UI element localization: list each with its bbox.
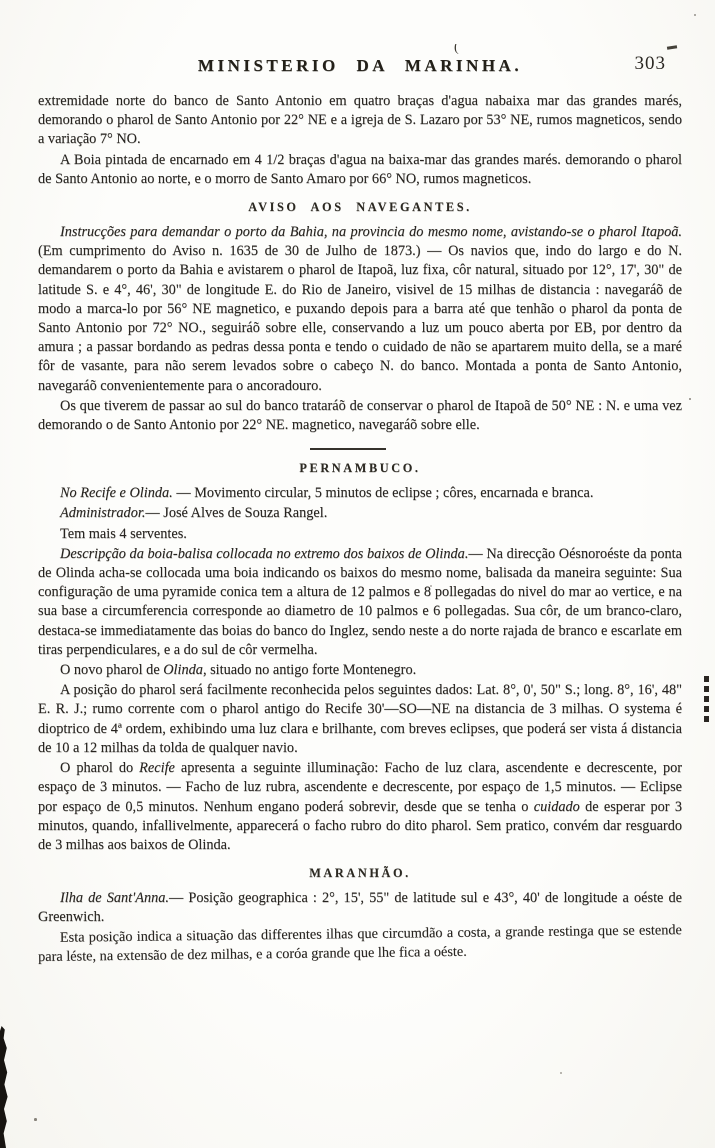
paragraph: A posição do pharol será facilmente reco…: [38, 681, 682, 758]
italic-text-segment: Ilha de Sant'Anna.: [60, 890, 169, 906]
paragraph: Administrador.— José Alves de Souza Rang…: [38, 504, 682, 523]
paragraph: Esta posição indica a situação das diffe…: [38, 921, 682, 967]
text-segment: O pharol do: [60, 760, 139, 776]
italic-text-segment: Instrucções para demandar o porto da Bah…: [60, 224, 682, 240]
stray-paren-mark: (: [454, 44, 459, 56]
paragraph: Descripção da boia-balisa collocada no e…: [38, 545, 682, 660]
italic-text-segment: Administrador.: [60, 505, 145, 521]
scan-artifact-speck: [34, 1118, 37, 1121]
paragraph: O pharol do Recife apresenta a seguinte …: [38, 759, 682, 855]
body-copy: extremidade norte do banco de Santo Anto…: [38, 92, 682, 967]
paragraph: A Boia pintada de encarnado em 4 1/2 bra…: [38, 151, 682, 189]
italic-text-segment: Olinda: [163, 662, 203, 678]
italic-text-segment: No Recife e Olinda.: [60, 485, 173, 501]
section-heading-aviso: AVISO AOS NAVEGANTES.: [38, 200, 682, 215]
text-segment: — Na direcção Oésnoroéste da ponta de Ol…: [38, 546, 682, 658]
page-title: MINISTERIO DA MARINHA.: [38, 56, 682, 76]
text-segment: , situado no antigo forte Montenegro.: [203, 662, 416, 678]
scan-artifact-edge-dash: [704, 676, 709, 722]
section-heading-maranhao: MARANHÃO.: [38, 866, 682, 881]
text-segment: O novo pharol de: [60, 662, 163, 678]
text-segment: — Movimento circular, 5 minutos de eclip…: [173, 485, 594, 501]
section-paragraphs: Ilha de Sant'Anna.— Posição geographica …: [38, 889, 682, 967]
scanned-page: ( MINISTERIO DA MARINHA. 303 extremidade…: [38, 44, 682, 1124]
running-header: ( MINISTERIO DA MARINHA. 303: [38, 44, 682, 84]
text-segment: extremidade norte do banco de Santo Anto…: [38, 93, 682, 147]
paragraph: Os que tiverem de passar ao sul do banco…: [38, 397, 682, 435]
scan-artifact-speck: [689, 398, 691, 400]
text-segment: A posição do pharol será facilmente reco…: [38, 682, 682, 756]
section-divider-rule: [310, 448, 386, 450]
paragraph: Instrucções para demandar o porto da Bah…: [38, 223, 682, 396]
section-pernambuco: PERNAMBUCO. No Recife e Olinda. — Movime…: [38, 461, 682, 855]
paragraph: No Recife e Olinda. — Movimento circular…: [38, 484, 682, 503]
paragraph: O novo pharol de Olinda, situado no anti…: [38, 661, 682, 680]
section-aviso-aos-navegantes: AVISO AOS NAVEGANTES. Instrucções para d…: [38, 200, 682, 435]
section-bahia-continuation: extremidade norte do banco de Santo Anto…: [38, 92, 682, 189]
text-segment: Tem mais 4 serventes.: [60, 526, 187, 542]
italic-text-segment: cuidado: [534, 799, 580, 815]
scan-artifact-speck: [694, 14, 696, 16]
text-segment: Os que tiverem de passar ao sul do banco…: [38, 398, 682, 433]
section-paragraphs: extremidade norte do banco de Santo Anto…: [38, 92, 682, 189]
section-heading-pernambuco: PERNAMBUCO.: [38, 461, 682, 476]
page-number: 303: [635, 53, 667, 75]
text-segment: Esta posição indica a situação das diffe…: [38, 922, 682, 965]
scan-artifact-speck: [430, 585, 432, 587]
paragraph: extremidade norte do banco de Santo Anto…: [38, 92, 682, 150]
paragraph: Tem mais 4 serventes.: [38, 525, 682, 544]
section-paragraphs: Instrucções para demandar o porto da Bah…: [38, 223, 682, 435]
text-segment: — José Alves de Souza Rangel.: [145, 505, 327, 521]
italic-text-segment: Recife: [139, 760, 175, 776]
text-segment: A Boia pintada de encarnado em 4 1/2 bra…: [38, 152, 682, 187]
section-maranhao: MARANHÃO. Ilha de Sant'Anna.— Posição ge…: [38, 866, 682, 967]
text-segment: (Em cumprimento do Aviso n. 1635 de 30 d…: [38, 243, 682, 393]
section-paragraphs: No Recife e Olinda. — Movimento circular…: [38, 484, 682, 855]
scan-artifact-binding-strip: [0, 1026, 8, 1148]
italic-text-segment: Descripção da boia-balisa collocada no e…: [60, 546, 468, 562]
